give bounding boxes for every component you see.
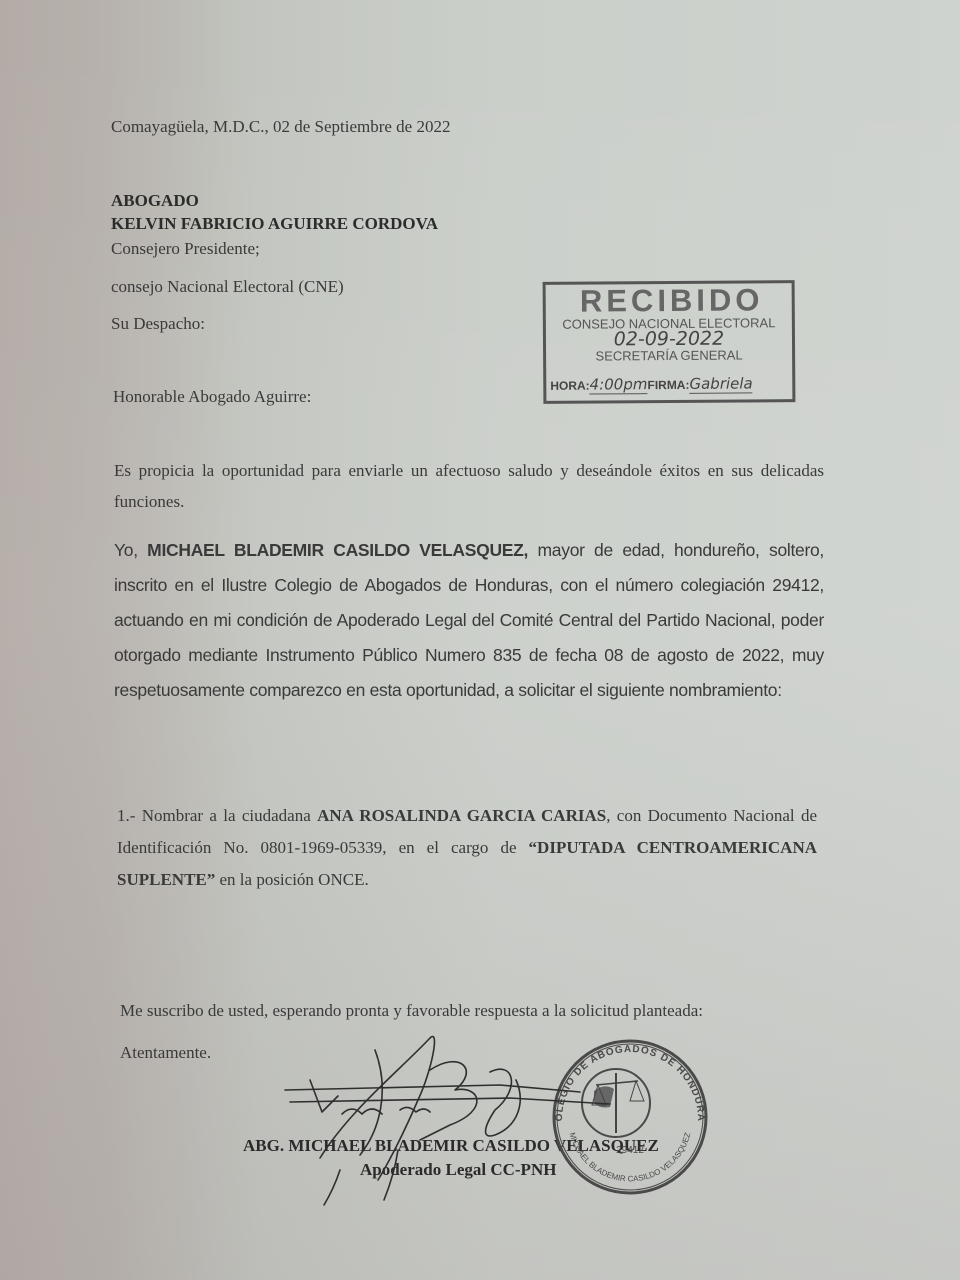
body-prefix: Yo, bbox=[114, 540, 147, 560]
recipient-title: ABOGADO bbox=[111, 191, 199, 211]
received-stamp: RECIBIDO CONSEJO NACIONAL ELECTORAL 02-0… bbox=[543, 280, 796, 404]
handwritten-signature bbox=[280, 1030, 640, 1210]
closing: Atentamente. bbox=[120, 1043, 211, 1063]
request-suffix: en la posición ONCE. bbox=[215, 870, 368, 889]
stamp-title: RECIBIDO bbox=[554, 283, 790, 319]
greeting-paragraph: Es propicia la oportunidad para enviarle… bbox=[114, 455, 824, 517]
stamp-signature-value: Gabriela bbox=[689, 374, 752, 393]
closing-line: Me suscribo de usted, esperando pronta y… bbox=[120, 1001, 703, 1021]
nominee-name: ANA ROSALINDA GARCIA CARIAS bbox=[317, 806, 606, 825]
recipient-name: KELVIN FABRICIO AGUIRRE CORDOVA bbox=[111, 214, 438, 234]
body-paragraph: Yo, MICHAEL BLADEMIR CASILDO VELASQUEZ, … bbox=[114, 533, 824, 708]
stamp-hour-signature-row: HORA:4:00pmFIRMA:Gabriela bbox=[550, 374, 753, 393]
recipient-office: Su Despacho: bbox=[111, 314, 205, 334]
stamp-hour-value: 4:00pm bbox=[590, 375, 648, 394]
request-prefix: 1.- Nombrar a la ciudadana bbox=[117, 806, 317, 825]
stamp-department: SECRETARÍA GENERAL bbox=[546, 347, 792, 364]
recipient-position: Consejero Presidente; bbox=[111, 239, 260, 259]
body-text: mayor de edad, hondureño, soltero, inscr… bbox=[114, 540, 824, 700]
request-item: 1.- Nombrar a la ciudadana ANA ROSALINDA… bbox=[117, 800, 817, 896]
stamp-hour-label: HORA: bbox=[550, 379, 589, 393]
stamp-signature-label: FIRMA: bbox=[647, 378, 689, 392]
applicant-name: MICHAEL BLADEMIR CASILDO VELASQUEZ, bbox=[147, 540, 528, 560]
salutation: Honorable Abogado Aguirre: bbox=[113, 387, 311, 407]
place-date: Comayagüela, M.D.C., 02 de Septiembre de… bbox=[111, 117, 450, 137]
recipient-institution: consejo Nacional Electoral (CNE) bbox=[111, 277, 344, 297]
